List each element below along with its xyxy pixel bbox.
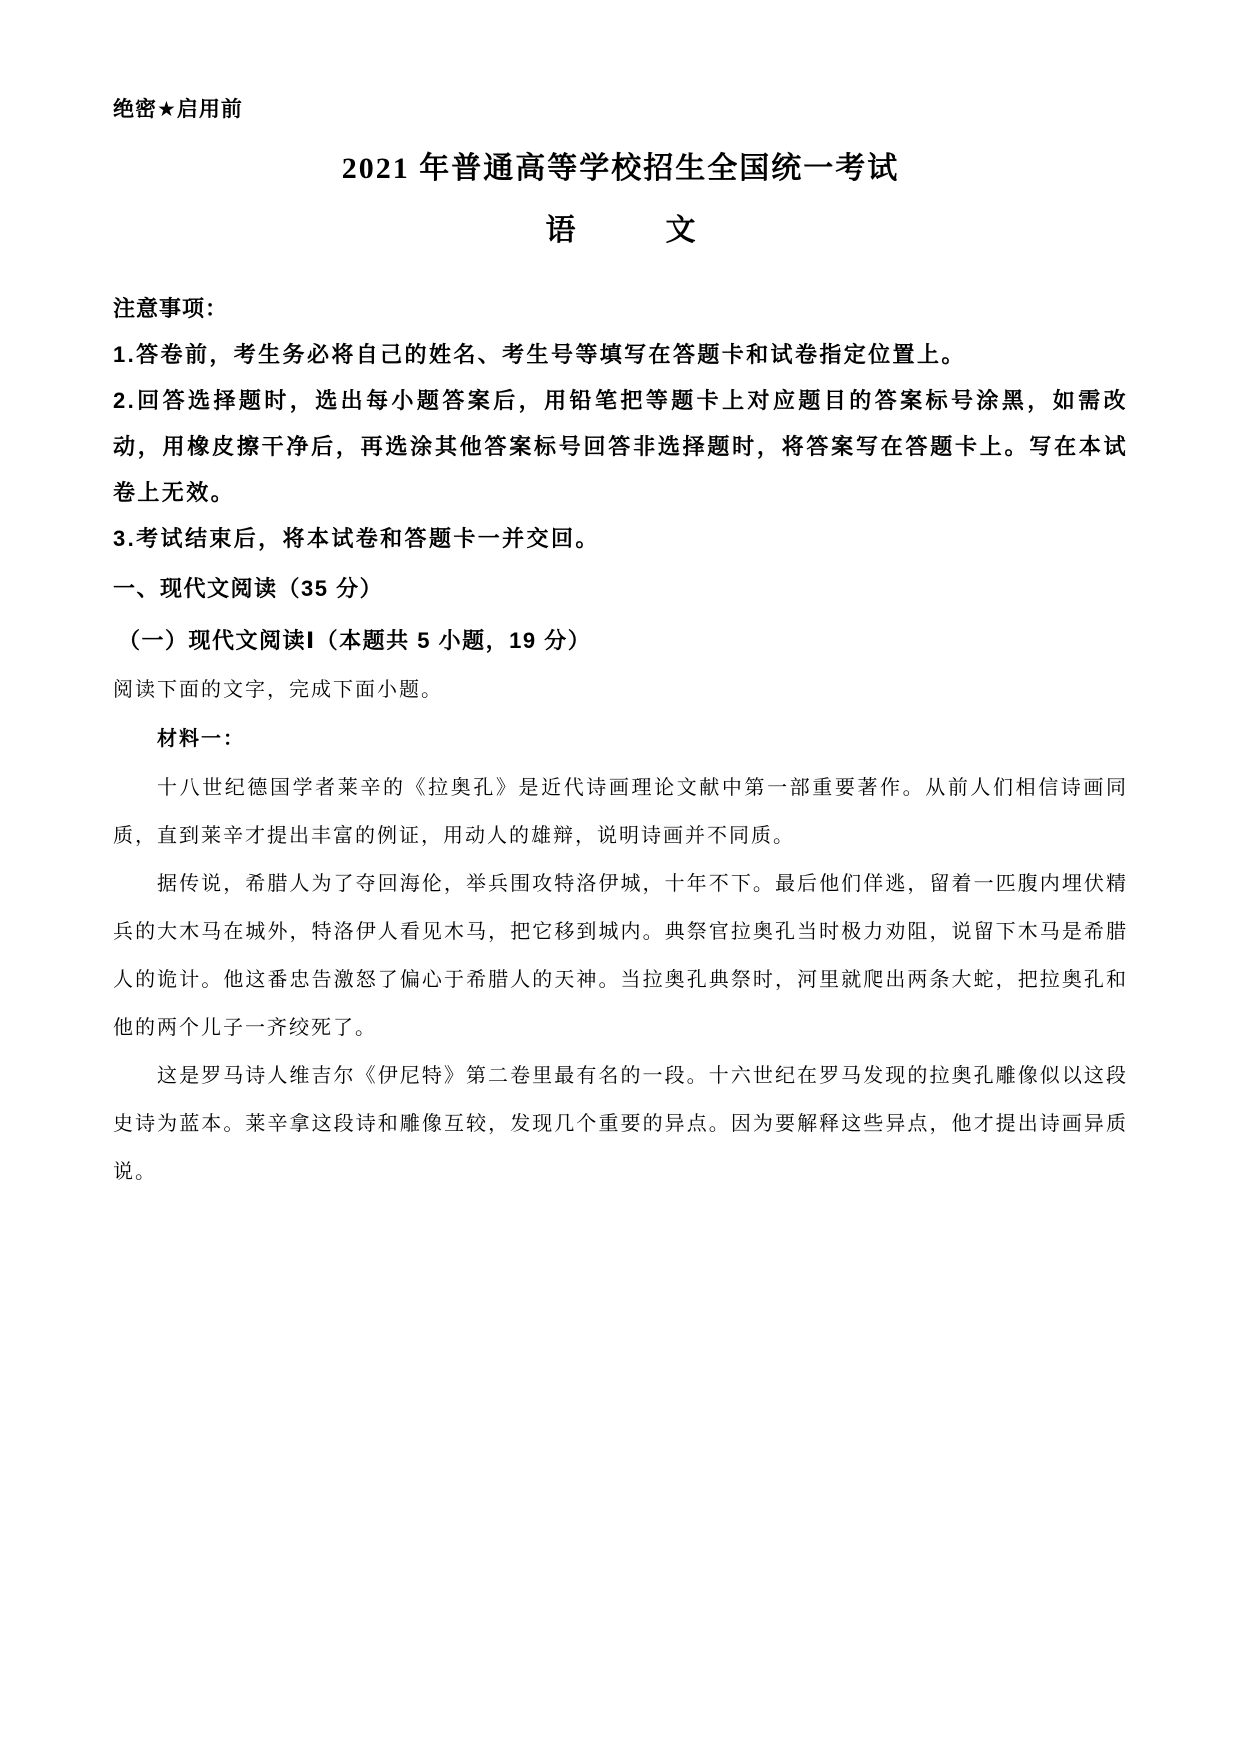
- material-one-label: 材料一：: [113, 714, 1128, 764]
- material-paragraph-1: 十八世纪德国学者莱辛的《拉奥孔》是近代诗画理论文献中第一部重要著作。从前人们相信…: [113, 764, 1128, 860]
- classification-label: 绝密★启用前: [113, 96, 1128, 124]
- notice-heading: 注意事项：: [113, 286, 1128, 332]
- exam-title: 2021 年普通高等学校招生全国统一考试: [113, 150, 1128, 188]
- notice-item-1: 1.答卷前，考生务必将自己的姓名、考生号等填写在答题卡和试卷指定位置上。: [113, 332, 1128, 378]
- exam-paper-page: 绝密★启用前 2021 年普通高等学校招生全国统一考试 语 文 注意事项： 1.…: [0, 0, 1240, 1754]
- notice-item-2: 2.回答选择题时，选出每小题答案后，用铅笔把等题卡上对应题目的答案标号涂黑，如需…: [113, 378, 1128, 516]
- material-paragraph-2: 据传说，希腊人为了夺回海伦，举兵围攻特洛伊城，十年不下。最后他们佯逃，留着一匹腹…: [113, 860, 1128, 1052]
- section-heading-part-one: 一、现代文阅读（35 分）: [113, 564, 1128, 614]
- section-heading-reading-one: （一）现代文阅读Ⅰ（本题共 5 小题，19 分）: [113, 616, 1128, 666]
- reading-instruction: 阅读下面的文字，完成下面小题。: [113, 666, 1128, 714]
- material-paragraph-3: 这是罗马诗人维吉尔《伊尼特》第二卷里最有名的一段。十六世纪在罗马发现的拉奥孔雕像…: [113, 1052, 1128, 1196]
- notice-item-3: 3.考试结束后，将本试卷和答题卡一并交回。: [113, 516, 1128, 562]
- subject-title: 语 文: [113, 212, 1128, 250]
